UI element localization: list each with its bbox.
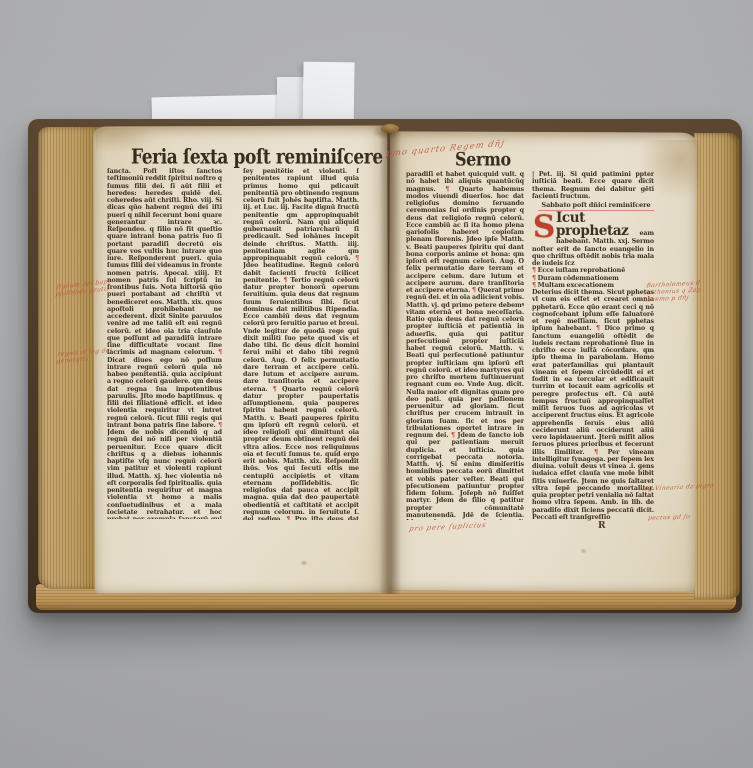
lombard-initial: S [532, 212, 556, 244]
right-fore-edge [694, 133, 740, 599]
signature-mark: R [598, 521, 605, 531]
incipit-word: Icut prophetaz [556, 210, 628, 239]
left-page-column-2: ſey penitētie et violenti. ſ penitentes … [243, 168, 359, 520]
photo-scene: Feria ſexta poſt reminiſcere ſancta. Poſ… [0, 0, 753, 768]
capitulum-mark: ¶ [532, 282, 536, 289]
capitulum-mark: ¶ [532, 275, 536, 282]
thema-list-item: ¶ Multam excecationem [532, 282, 654, 289]
left-page-column-1: ſancta. Poſt iſtos ſanctos teſtimoniū re… [107, 168, 222, 519]
column-intro: | Pet. iij. Si quid patimini ppter iuſti… [532, 171, 654, 200]
headband [381, 124, 399, 133]
capitulum-mark: ¶ [532, 267, 536, 274]
incipit-block: S Icut prophetaz eam habebant. Matth. xx… [532, 212, 654, 267]
right-page-column-2: | Pet. iij. Si quid patimini ppter iuſti… [532, 171, 654, 523]
left-page-header: Feria ſexta poſt reminiſcere [131, 146, 383, 170]
gutter-shadow [379, 126, 401, 594]
marginalia-note: Bartholomeus dAnthonius q Zapheremo p dñ… [643, 279, 703, 303]
column-body: Deterius dicit thema. Sicut pphetas vl c… [532, 289, 654, 521]
thema-list-item: ¶ Duram cōdemnationem [532, 275, 654, 282]
thema-list-item: ¶ Ecce iuſtam reprobationē [532, 267, 654, 274]
right-page-column-1: paradiſi et habet quicquid vult. q nō ha… [406, 171, 524, 520]
